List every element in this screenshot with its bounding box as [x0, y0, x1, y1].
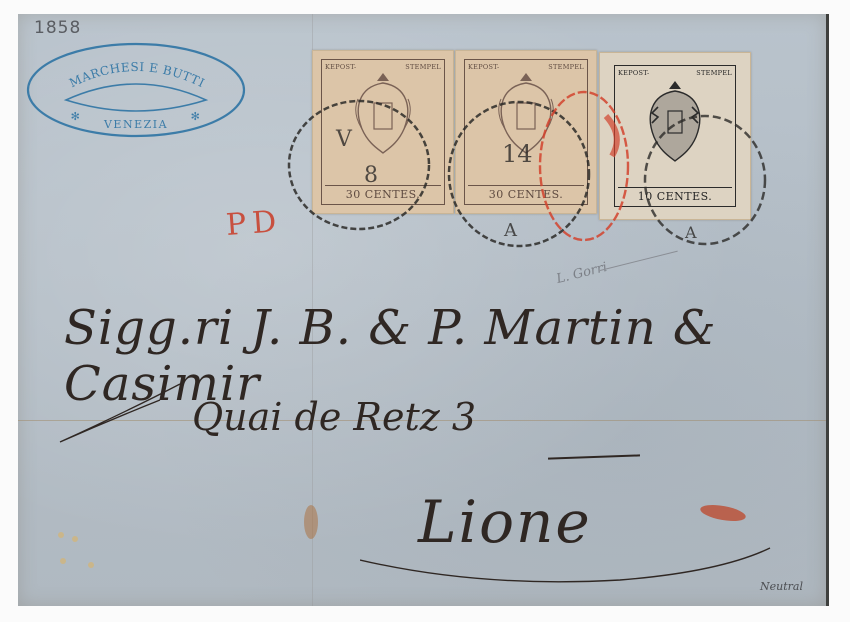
ornament-icon: ✻: [191, 110, 202, 123]
stamp-30-centes-right: KEPOST- STEMPEL 30 CENTES.: [455, 50, 597, 214]
stamp-10-centes: KEPOST- STEMPEL 10 CENTES.: [599, 52, 751, 220]
stamp-value-label: 10 CENTES.: [618, 187, 732, 203]
stain: [88, 562, 94, 568]
year-pencil-note: 1858: [34, 18, 81, 38]
stamp-30-centes-left: KEPOST- STEMPEL 30 CENTES.: [312, 50, 454, 214]
stamp-top-right-label: STEMPEL: [696, 69, 732, 77]
firm-name: MARCHESI E BUTTI: [67, 60, 207, 90]
stamp-value-label: 30 CENTES.: [468, 185, 584, 201]
address-line-street: Quai de Retz 3: [192, 395, 476, 439]
double-eagle-crest-icon: [491, 69, 561, 159]
stain: [304, 505, 318, 539]
corner-pencil-note: Neutral: [760, 580, 803, 593]
stamp-value-label: 30 CENTES.: [325, 185, 441, 201]
stain: [72, 536, 78, 542]
stain: [60, 558, 66, 564]
stain: [58, 532, 64, 538]
double-eagle-crest-icon: [348, 69, 418, 159]
ornament-icon: ✻: [71, 110, 82, 123]
svg-text:MARCHESI E BUTTI: MARCHESI E BUTTI: [67, 60, 207, 90]
address-line-city: Lione: [418, 488, 592, 556]
firm-city: VENEZIA: [103, 118, 168, 131]
pd-marking: PD: [225, 204, 284, 243]
stamp-top-left-label: KEPOST-: [618, 69, 650, 77]
double-eagle-crest-icon: [640, 77, 710, 167]
firm-oval-handstamp: MARCHESI E BUTTI VENEZIA ✻ ✻: [24, 40, 248, 140]
